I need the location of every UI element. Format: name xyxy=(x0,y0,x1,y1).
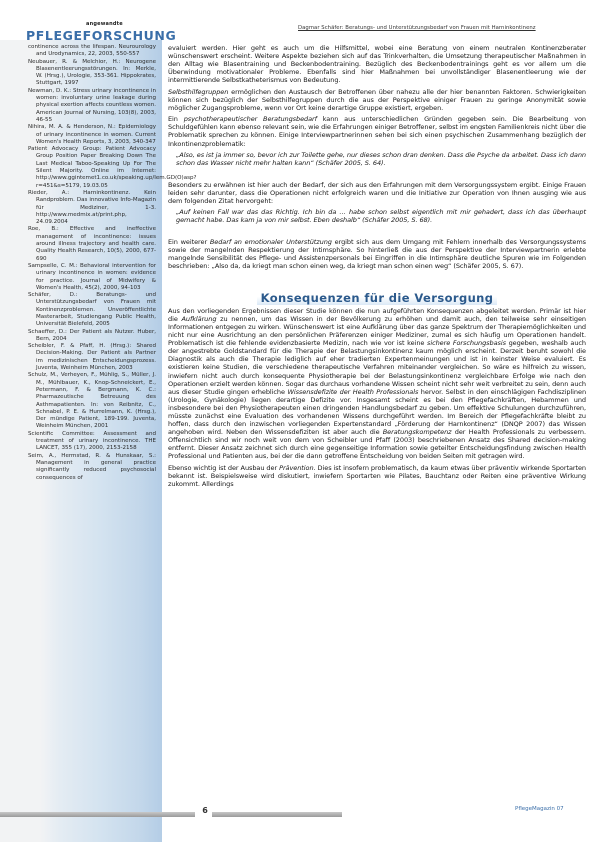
reference-item: Neubauer, R. & Melchior, H.: Neurogene B… xyxy=(28,59,156,88)
paragraph: Selbsthilfegruppen ermöglichen den Austa… xyxy=(168,88,586,112)
footer-rule-right xyxy=(212,812,342,817)
masthead-kicker: angewandte xyxy=(86,21,123,27)
interview-quote: „Auf keinen Fall war das das Richtig. Ic… xyxy=(176,208,586,224)
reference-item: Seim, A., Hermstad, R. & Hunskaar, S.: M… xyxy=(28,453,156,482)
emphasis: Beratungskompetenz xyxy=(383,428,452,436)
emphasis: Prävention xyxy=(279,464,313,472)
paragraph-text: Ebenso wichtig ist der Ausbau der xyxy=(168,464,279,472)
paragraph: Ebenso wichtig ist der Ausbau der Präven… xyxy=(168,464,586,488)
reference-item: Sampselle, C. M.: Behavioral interventio… xyxy=(28,263,156,292)
paragraph: evaluiert werden. Hier geht es auch um d… xyxy=(168,44,586,84)
footer-rule-left xyxy=(0,812,195,817)
spacer xyxy=(168,171,586,181)
paragraph: Ein weiterer Bedarf an emotionaler Unter… xyxy=(168,238,586,270)
paragraph-text: Ein weiterer xyxy=(168,238,210,246)
interview-quote: „Also, es ist ja immer so, bevor ich zur… xyxy=(176,151,586,167)
emphasis: Aufklärung xyxy=(182,315,217,323)
reference-item: Schulz, M., Verheyen, F., Mühlig, S., Mü… xyxy=(28,372,156,430)
reference-item: Schaeffer, D.: Der Patient als Nutzer. H… xyxy=(28,329,156,344)
journal-footer: PflegeMagazin 07 xyxy=(515,806,564,812)
emphasis: psychotherapeutischer Beratungsbedarf xyxy=(184,115,317,123)
section-heading: Konsequenzen für die Versorgung xyxy=(168,294,586,302)
reference-item: Scheibler, F. & Pfaff, H. (Hrsg.): Share… xyxy=(28,343,156,372)
paragraph-text: ermöglichen den Austausch der Betroffene… xyxy=(168,88,586,112)
emphasis: Bedarf an emotionaler Unterstützung xyxy=(210,238,332,246)
emphasis: Selbsthilfegruppen xyxy=(168,88,228,96)
reference-item: Patient Advocacy Group: Patient Advocacy… xyxy=(28,146,156,190)
spacer xyxy=(168,228,586,238)
reference-item: Nihira, M. A. & Henderson, N.: Epidemiol… xyxy=(28,124,156,146)
running-head: Dagmar Schäfer: Beratungs- und Unterstüt… xyxy=(298,25,593,31)
paragraph: Aus den vorliegenden Ergebnissen dieser … xyxy=(168,307,586,460)
emphasis: Wissensdefizite der Health Professionals xyxy=(287,388,418,396)
section-heading-text: Konsequenzen für die Versorgung xyxy=(257,291,498,305)
reference-item: Newman, D. K.: Stress urinary incontinen… xyxy=(28,88,156,124)
masthead-brand: PFLEGEFORSCHUNG xyxy=(26,28,176,43)
journal-masthead: angewandte PFLEGEFORSCHUNG xyxy=(26,24,166,44)
reference-item: Rieder, A.: Harninkontinenz. Kein Randpr… xyxy=(28,190,156,226)
paragraph: Ein psychotherapeutischer Beratungsbedar… xyxy=(168,115,586,147)
reference-item: Schäfer, D.: Beratungs- und Unterstützun… xyxy=(28,292,156,328)
references-list: continence across the lifespan. Neurouro… xyxy=(28,44,156,482)
main-column: evaluiert werden. Hier geht es auch um d… xyxy=(168,44,586,491)
emphasis: sichere Forschungsbasis xyxy=(427,339,506,347)
reference-item: Scientific Committee: Assessment and tre… xyxy=(28,431,156,453)
reference-item: continence across the lifespan. Neurouro… xyxy=(28,44,156,59)
paragraph: Besonders zu erwähnen ist hier auch der … xyxy=(168,181,586,205)
paragraph-text: Ein xyxy=(168,115,184,123)
page-number: 6 xyxy=(199,806,211,815)
reference-item: Roe, B.: Effective and ineffective manag… xyxy=(28,226,156,262)
